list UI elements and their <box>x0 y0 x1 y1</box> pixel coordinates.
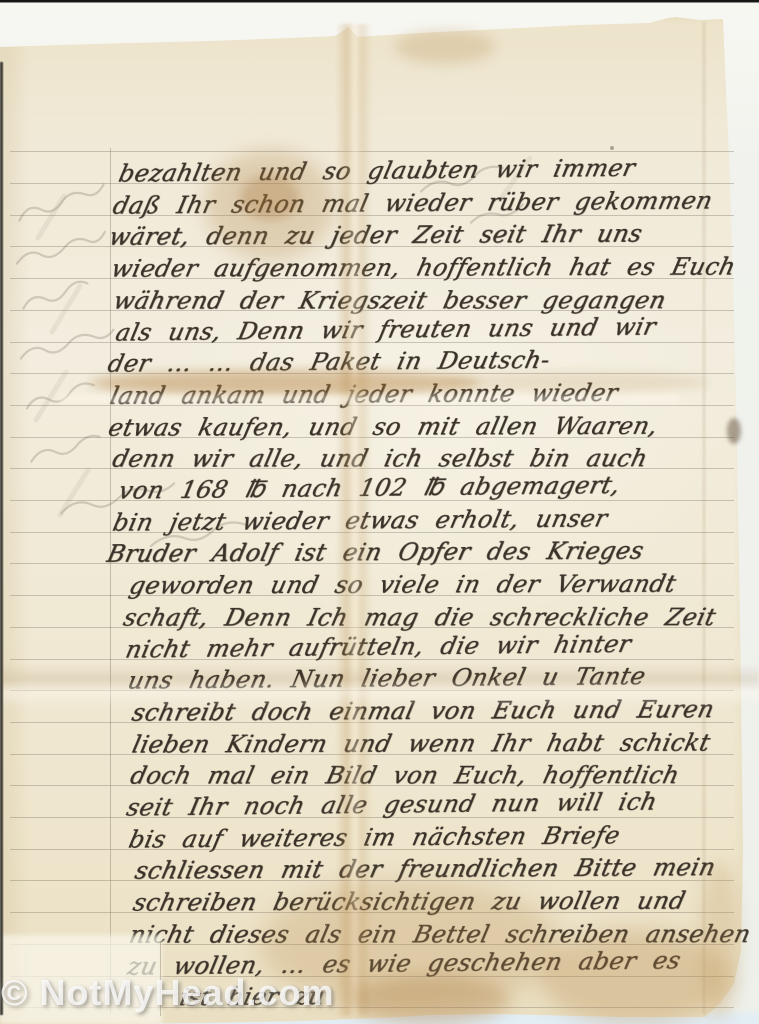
handwriting-line: bezahlten und so glaubten wir immer <box>116 154 638 188</box>
scanner-left-edge-shadow <box>0 62 3 1015</box>
handwriting-line: denn wir alle, und ich selbst bin auch <box>110 444 651 473</box>
handwriting-line: als uns, Denn wir freuten uns und wir <box>113 312 659 346</box>
handwriting-line: land ankam und jeder konnte wieder <box>107 378 620 409</box>
handwriting-line: lieben Kindern und wenn Ihr habt schickt <box>129 728 713 758</box>
handwriting-line: bis auf weiteres im nächsten Briefe <box>126 821 623 853</box>
letter-body: bezahlten und so glaubten wir immerdaß I… <box>0 0 759 1024</box>
handwriting-line: daß Ihr schon mal wieder rüber gekommen <box>110 186 715 219</box>
handwriting-line: bin jetzt wieder etwas erholt, unser <box>110 504 610 536</box>
handwriting-line: schreibt doch einmal von Euch und Euren <box>129 695 717 727</box>
handwriting-line: Bruder Adolf ist ein Opfer des Krieges <box>104 537 646 568</box>
handwriting-line: der … … das Paket in Deutsch- <box>105 346 553 378</box>
handwriting-line: schreiben berücksichtigen zu wollen und <box>130 887 688 917</box>
scanned-letter-page: bezahlten und so glaubten wir immerdaß I… <box>0 0 759 1024</box>
handwriting-line: etwas kaufen, und so mit allen Waaren, <box>106 411 661 441</box>
handwriting-line: geworden und so viele in der Verwandt <box>127 570 679 600</box>
handwriting-line: seit Ihr noch alle gesund nun will ich <box>124 788 660 822</box>
handwriting-line: wieder aufgenommen, hoffentlich hat es E… <box>109 253 739 283</box>
handwriting-line: während der Kriegszeit besser gegangen <box>111 286 669 315</box>
handwriting-line: schaft, Denn Ich mag die schreckliche Ze… <box>121 603 719 632</box>
handwriting-line: uns haben. Nun lieber Onkel u Tante <box>125 662 648 695</box>
handwriting-line: nicht mehr aufrütteln, die wir hinter <box>123 629 634 663</box>
watermark-text: © NotMyHead.com <box>1 972 335 1014</box>
handwriting-line: schliessen mit der freundlichen Bitte me… <box>132 853 718 885</box>
handwriting-line: von 168 ℔ nach 102 ℔ abgemagert, <box>116 471 623 505</box>
handwriting-line: doch mal ein Bild von Euch, hoffentlich <box>128 761 682 790</box>
handwriting-line: nicht dieses als ein Bettel schreiben an… <box>127 920 754 949</box>
handwriting-line: wäret, denn zu jeder Zeit seit Ihr uns <box>106 220 645 251</box>
